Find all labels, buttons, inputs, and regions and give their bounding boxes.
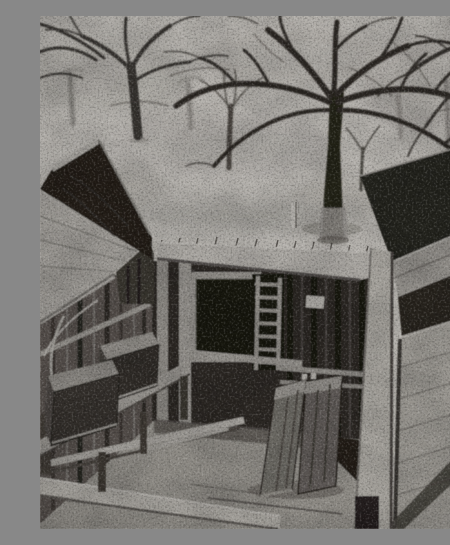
grain-overlay [40, 16, 450, 529]
photo-canvas [40, 16, 450, 529]
halftone-photograph [40, 16, 450, 529]
vignette [40, 16, 450, 529]
